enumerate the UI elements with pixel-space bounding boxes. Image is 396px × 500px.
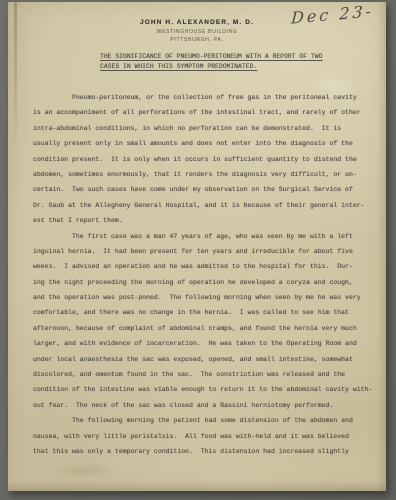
scan-background: Dec 23- JOHN H. ALEXANDER, M. D. WESTING…: [0, 0, 396, 500]
typed-line: that this was only a temporary condition…: [33, 444, 383, 459]
typed-line: inguinal hernia. It had been present for…: [33, 244, 383, 259]
typed-line: Pneumo-peritoneum, or the collection of …: [33, 90, 383, 105]
document-page: Dec 23- JOHN H. ALEXANDER, M. D. WESTING…: [8, 2, 386, 491]
paper-stain: [48, 462, 118, 478]
typed-line: The first case was a man 47 years of age…: [33, 229, 383, 244]
letterhead-name: JOHN H. ALEXANDER, M. D.: [8, 19, 386, 26]
letterhead-city: PITTSBURGH, PA.: [8, 37, 386, 43]
typed-line: larger, and with evidence of incarcerati…: [33, 336, 383, 351]
typed-line: ing the night preceeding the morning of …: [33, 275, 383, 290]
typed-line: is an accompaniment of all perforations …: [33, 105, 383, 120]
typed-line: and the operation was post-poned. The fo…: [33, 290, 383, 305]
typed-line: The following morning the patient had so…: [33, 413, 383, 428]
typed-line: condition of the intestine was viable en…: [33, 382, 383, 397]
typed-line: condition present. It is only when it oc…: [33, 152, 383, 167]
typed-line: Dr. Gaub at the Allegheny General Hospit…: [33, 198, 383, 213]
letterhead: JOHN H. ALEXANDER, M. D. WESTINGHOUSE BU…: [8, 19, 386, 43]
typed-line: discolored, and omentum found in the sac…: [33, 367, 383, 382]
document-title: THE SIGNIFICANCE OF PNEUMO-PERITONEUM WI…: [100, 52, 378, 72]
typed-line: out fear. The neck of the sac was closed…: [33, 398, 383, 413]
paper-edge-shadow-bottom: [8, 481, 386, 491]
body-paragraphs: Pneumo-peritoneum, or the collection of …: [33, 90, 383, 459]
document-title-line: THE SIGNIFICANCE OF PNEUMO-PERITONEUM WI…: [100, 52, 378, 62]
typed-line: abdomen, sometimes enormously, that it r…: [33, 167, 383, 182]
typed-line: afternoon, because of complaint of abdom…: [33, 321, 383, 336]
typed-line: usually present only in small amounts an…: [33, 136, 383, 151]
letterhead-building: WESTINGHOUSE BUILDING: [8, 29, 386, 35]
typed-line: comfortable, and there was no change in …: [33, 305, 383, 320]
typed-line: certain. Two such cases have come under …: [33, 182, 383, 197]
typed-line: under local anaesthesia the sac was expo…: [33, 352, 383, 367]
typed-line: est that I report them.: [33, 213, 383, 228]
typed-line: weeks. I advised an operation and he was…: [33, 259, 383, 274]
document-title-line: CASES IN WHICH THIS SYMPTOM PREDOMINATED…: [100, 62, 378, 72]
typed-line: intra-abdominal conditions, in which no …: [33, 121, 383, 136]
typed-line: nausea, with very little peristalsis. Al…: [33, 429, 383, 444]
